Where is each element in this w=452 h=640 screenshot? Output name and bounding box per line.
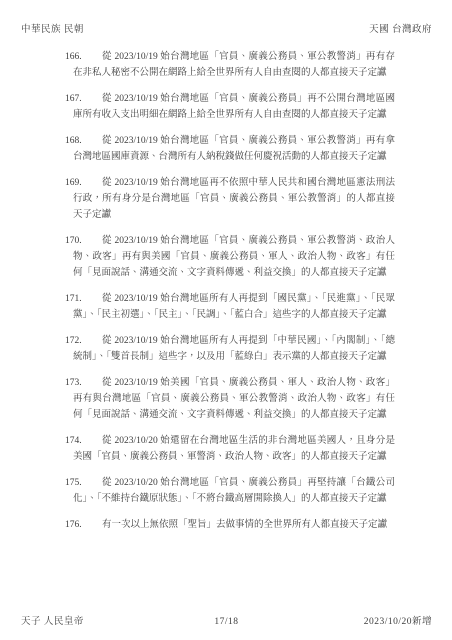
item-number: 176. (65, 517, 82, 533)
item-number: 175. (65, 475, 82, 491)
item-number: 174. (65, 433, 82, 449)
list-item: 166. 從 2023/10/19 始台灣地區「官員、廣義公務員、軍公教警消」再… (73, 49, 395, 81)
header-left-title: 中華民族 民朝 (21, 21, 84, 35)
item-text: 從 2023/10/19 始台灣地區「官員、廣義公務員、軍公教警消、政治人物、政… (73, 236, 395, 278)
list-item: 172. 從 2023/10/19 始台灣地區所有人再提到「中華民國」、「內閣制… (73, 333, 395, 365)
item-text: 從 2023/10/19 始台灣地區「官員、廣義公務員、軍公教警消」再有存在非私… (73, 52, 395, 78)
item-number: 168. (65, 133, 82, 149)
page-number: 17/18 (214, 617, 238, 627)
list-item: 174. 從 2023/10/20 始還留在台灣地區生活的非台灣地區美國人，且身… (73, 433, 395, 465)
item-text: 從 2023/10/20 始還留在台灣地區生活的非台灣地區美國人，且身分是美國「… (73, 436, 395, 462)
list-item: 176. 有一次以上無依照「聖旨」去做事情的全世界所有人都直接天子定讞 (73, 517, 395, 533)
item-text: 從 2023/10/19 始台灣地區再不依照中華人民共和國台灣地區憲法刑法行政，… (73, 178, 395, 220)
item-text: 從 2023/10/19 始台灣地區「官員、廣義公務員、軍公教警消」再有拿台灣地… (73, 136, 395, 162)
document-page: 中華民族 民朝 天國 台灣政府 166. 從 2023/10/19 始台灣地區「… (0, 0, 452, 640)
list-item: 168. 從 2023/10/19 始台灣地區「官員、廣義公務員、軍公教警消」再… (73, 133, 395, 165)
item-number: 173. (65, 375, 82, 391)
header-right-title: 天國 台灣政府 (369, 21, 432, 35)
item-text: 從 2023/10/19 始台灣地區「官員、廣義公務員」再不公開台灣地區國庫所有… (73, 94, 395, 120)
page-footer: 天子 人民皇帝 17/18 2023/10/20新增 (21, 613, 432, 627)
item-number: 171. (65, 291, 82, 307)
item-number: 170. (65, 233, 82, 249)
list-item: 173. 從 2023/10/19 始美國「官員、廣義公務員、軍人、政治人物、政… (73, 375, 395, 423)
item-text: 從 2023/10/19 始美國「官員、廣義公務員、軍人、政治人物、政客」再有與… (73, 378, 395, 420)
item-number: 172. (65, 333, 82, 349)
list-item: 170. 從 2023/10/19 始台灣地區「官員、廣義公務員、軍公教警消、政… (73, 233, 395, 281)
list-item: 171. 從 2023/10/19 始台灣地區所有人再提到「國民黨」、「民進黨」… (73, 291, 395, 323)
item-number: 169. (65, 175, 82, 191)
item-number: 166. (65, 49, 82, 65)
item-text: 從 2023/10/19 始台灣地區所有人再提到「中華民國」、「內閣制」、「總統… (73, 336, 395, 362)
item-text: 有一次以上無依照「聖旨」去做事情的全世界所有人都直接天子定讞 (102, 520, 387, 530)
item-text: 從 2023/10/20 始台灣地區「官員、廣義公務員」再堅持讓「台鐵公司化」、… (73, 478, 395, 504)
list-item: 169. 從 2023/10/19 始台灣地區再不依照中華人民共和國台灣地區憲法… (73, 175, 395, 223)
item-text: 從 2023/10/19 始台灣地區所有人再提到「國民黨」、「民進黨」、「民眾黨… (73, 294, 395, 320)
footer-date-note: 2023/10/20新增 (239, 613, 432, 627)
item-number: 167. (65, 91, 82, 107)
decree-list: 166. 從 2023/10/19 始台灣地區「官員、廣義公務員、軍公教警消」再… (73, 49, 395, 543)
list-item: 167. 從 2023/10/19 始台灣地區「官員、廣義公務員」再不公開台灣地… (73, 91, 395, 123)
footer-left-title: 天子 人民皇帝 (21, 613, 214, 627)
list-item: 175. 從 2023/10/20 始台灣地區「官員、廣義公務員」再堅持讓「台鐵… (73, 475, 395, 507)
page-header: 中華民族 民朝 天國 台灣政府 (21, 21, 432, 35)
